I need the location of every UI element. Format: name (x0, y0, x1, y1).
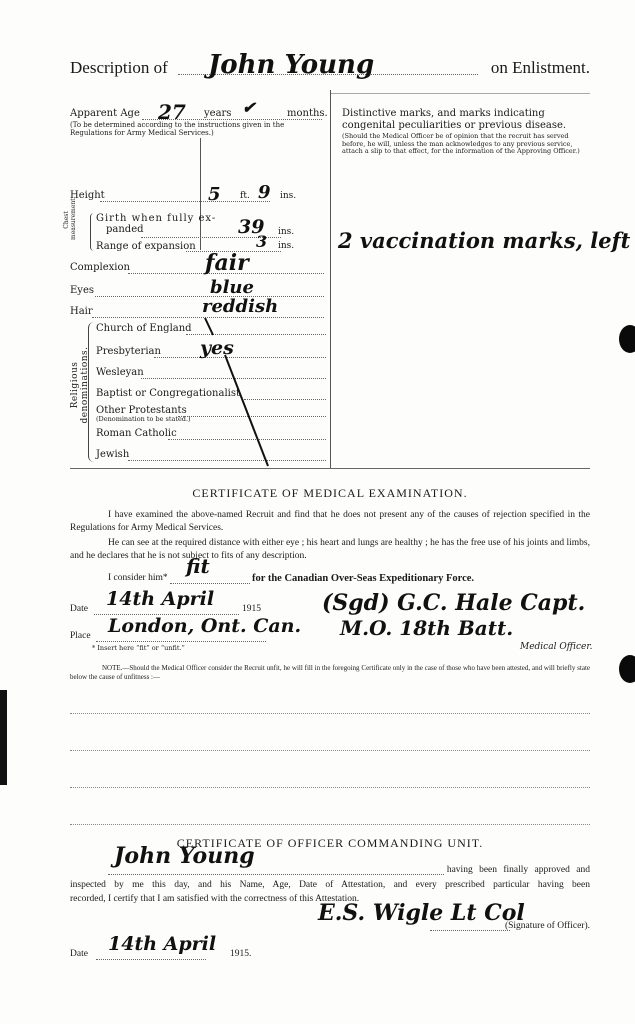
medical-para-1: I have examined the above-named Recruit … (70, 509, 590, 535)
place-line (96, 641, 266, 642)
footnote: * Insert here “fit” or “unfit.” (92, 644, 185, 652)
commanding-name-line (108, 874, 458, 875)
signature-row: (Signature of Officer). (390, 920, 590, 933)
consider-prefix: I consider him* (108, 573, 168, 583)
consider-suffix: for the Canadian Over-Seas Expeditionary… (252, 572, 474, 585)
fitness-value[interactable]: fit (186, 560, 210, 573)
commanding-date-label: Date (70, 949, 88, 959)
commanding-date-line (96, 959, 206, 960)
unfitness-line-3[interactable] (70, 787, 590, 788)
unfitness-line-1[interactable] (70, 713, 590, 714)
medical-officer-signature[interactable]: (Sgd) G.C. Hale Capt. (322, 590, 585, 616)
medical-date-value[interactable]: 14th April (106, 593, 214, 606)
signature-line (430, 930, 510, 931)
unfitness-line-4[interactable] (70, 824, 590, 825)
date-label: Date (70, 604, 88, 614)
medical-certificate-title: CERTIFICATE OF MEDICAL EXAMINATION. (70, 486, 590, 501)
medical-officer-unit[interactable]: M.O. 18th Batt. (340, 616, 513, 640)
medical-officer-label: Medical Officer. (520, 642, 593, 652)
place-label: Place (70, 631, 91, 641)
commanding-recruit-name[interactable]: John Young (114, 850, 255, 863)
commanding-date-year: 1915. (230, 948, 251, 961)
medical-place-value[interactable]: London, Ont. Can. (108, 620, 301, 633)
commanding-text-2: inspected by me this day, and his Name, … (70, 879, 590, 892)
medical-place-row: Place London, Ont. Can. (70, 630, 330, 643)
unfitness-line-2[interactable] (70, 750, 590, 751)
consider-line (170, 583, 250, 584)
consider-row: I consider him* fit for the Canadian Ove… (108, 572, 588, 585)
signature-label: (Signature of Officer). (505, 921, 590, 931)
medical-para-2: He can see at the required distance with… (70, 537, 590, 563)
commanding-text-1: having been finally approved and (445, 864, 590, 877)
commanding-date-row: Date 14th April 1915. (70, 948, 290, 961)
commanding-date-value[interactable]: 14th April (108, 938, 216, 951)
unfitness-note: NOTE.—Should the Medical Officer conside… (70, 664, 590, 682)
